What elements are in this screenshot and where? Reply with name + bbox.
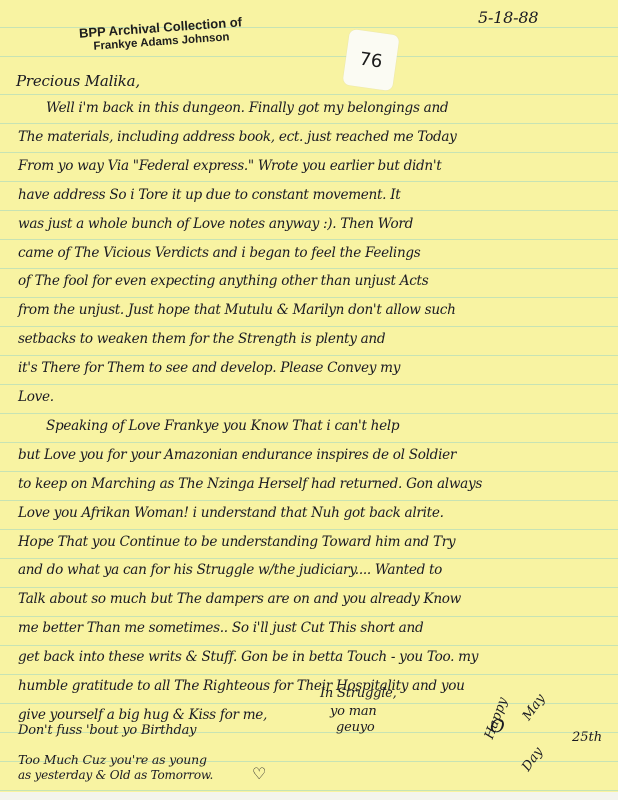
- postscript-line1: Don't fuss 'bout yo Birthday: [18, 723, 196, 738]
- postscript-line2: Too Much Cuz you're as young: [18, 752, 207, 767]
- heart-icon: ♡: [252, 764, 266, 783]
- page-number-sticker: 76: [342, 29, 399, 91]
- letter-body-line: Love.: [18, 389, 54, 405]
- letter-body-line: me better Than me sometimes.. So i'll ju…: [18, 620, 423, 636]
- letter-body-line: but Love you for your Amazonian enduranc…: [18, 447, 456, 463]
- scan-bottom-edge: [0, 792, 618, 800]
- letter-body-line: Talk about so much but The dampers are o…: [18, 591, 461, 607]
- letter-body-line: Well i'm back in this dungeon. Finally g…: [46, 100, 448, 116]
- letter-body-line: Hope That you Continue to be understandi…: [18, 534, 455, 550]
- letter-date: 5-18-88: [478, 8, 538, 27]
- letter-body-line: setbacks to weaken them for the Strength…: [18, 331, 385, 347]
- letter-greeting: Precious Malika,: [16, 72, 140, 90]
- letter-body-line: From yo way Via "Federal express." Wrote…: [18, 158, 441, 174]
- letter-body-line: get back into these writs & Stuff. Gon b…: [18, 649, 478, 665]
- side-note-number: 25th: [572, 730, 602, 745]
- letter-body-line: to keep on Marching as The Nzinga Hersel…: [18, 476, 482, 492]
- closing-line2: yo man: [330, 704, 377, 719]
- letter-body-line: was just a whole bunch of Love notes any…: [18, 216, 413, 232]
- legal-pad-paper: [0, 0, 618, 792]
- letter-body-line: give yourself a big hug & Kiss for me,: [18, 707, 267, 723]
- page-number: 76: [358, 48, 384, 72]
- letter-body-line: Speaking of Love Frankye you Know That i…: [46, 418, 399, 434]
- letter-body-line: of The fool for even expecting anything …: [18, 273, 428, 289]
- letter-body-line: The materials, including address book, e…: [18, 129, 457, 145]
- letter-body-line: and do what ya can for his Struggle w/th…: [18, 562, 442, 578]
- letter-body-line: came of The Vicious Verdicts and i began…: [18, 245, 420, 261]
- letter-body-line: Love you Afrikan Woman! i understand tha…: [18, 505, 444, 521]
- letter-body-line: from the unjust. Just hope that Mutulu &…: [18, 302, 456, 318]
- postscript-line3: as yesterday & Old as Tomorrow.: [18, 768, 213, 782]
- letter-body-line: humble gratitude to all The Righteous fo…: [18, 678, 465, 694]
- letter-body-line: have address So i Tore it up due to cons…: [18, 187, 400, 203]
- signature: geuyo: [336, 720, 375, 735]
- letter-body-line: it's There for Them to see and develop. …: [18, 360, 400, 376]
- closing-line1: In Struggle,: [320, 686, 397, 701]
